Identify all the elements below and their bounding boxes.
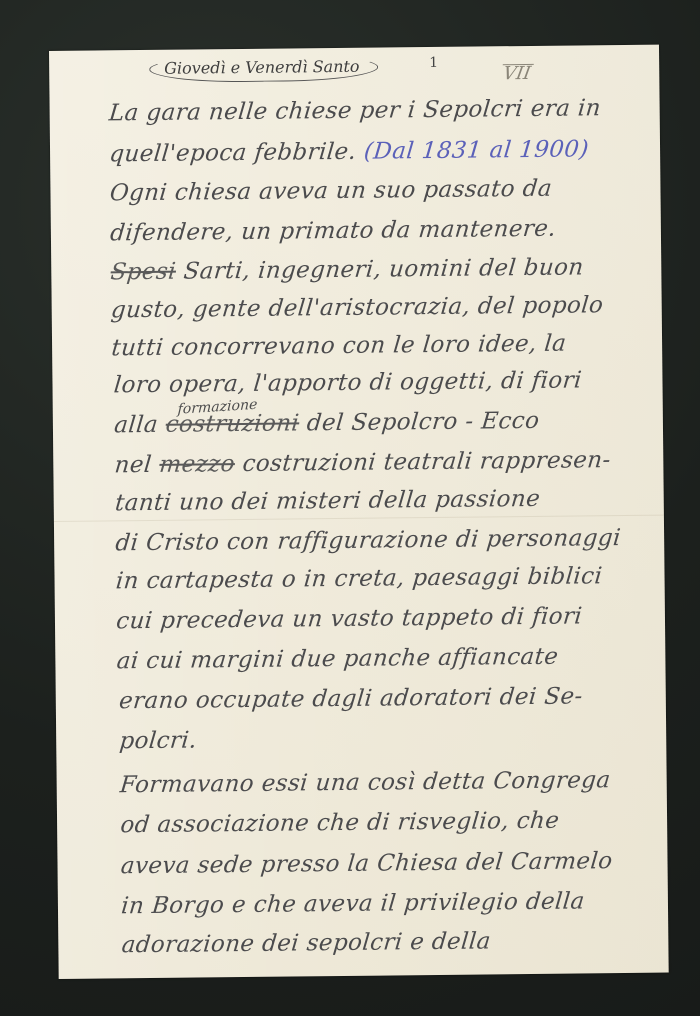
- line-text: quell'epoca febbrile.: [108, 139, 357, 168]
- struck-word: Spesi: [109, 259, 177, 286]
- manuscript-page: Giovedì e Venerdì Santo 1 VII La gara ne…: [49, 45, 669, 979]
- struck-word: costruzioni: [165, 410, 301, 437]
- line-text: loro opera, l'apporto di oggetti, di fio…: [113, 367, 583, 398]
- manuscript-line: loro opera, l'apporto di oggetti, di fio…: [113, 367, 583, 398]
- struck-word: mezzo: [158, 451, 236, 478]
- header-mark: 1: [429, 55, 438, 71]
- manuscript-line: Spesi Sarti, ingegneri, uomini del buon: [109, 254, 584, 285]
- line-text: ai cui margini due panche affiancate: [116, 644, 560, 675]
- line-text: in Borgo e che aveva il privilegio della: [120, 888, 586, 919]
- manuscript-line: gusto, gente dell'aristocrazia, del popo…: [110, 292, 605, 323]
- line-text: alla: [113, 412, 159, 438]
- manuscript-line: erano occupate dagli adoratori dei Se-: [118, 683, 584, 714]
- manuscript-line: aveva sede presso la Chiesa del Carmelo: [120, 848, 614, 879]
- line-text: Ogni chiesa aveva un suo passato da: [109, 176, 554, 207]
- manuscript-line: di Cristo con raffigurazione di personag…: [114, 525, 622, 556]
- line-text: erano occupate dagli adoratori dei Se-: [118, 683, 584, 714]
- manuscript-line: Ogni chiesa aveva un suo passato da: [109, 176, 554, 207]
- line-text: costruzioni teatrali rappresen-: [241, 447, 612, 477]
- line-text: di Cristo con raffigurazione di personag…: [114, 525, 622, 556]
- manuscript-line: tutti concorrevano con le loro idee, la: [110, 331, 567, 362]
- manuscript-line: nel mezzo costruzioni teatrali rappresen…: [113, 447, 611, 478]
- line-text: cui precedeva un vasto tappeto di fiori: [115, 603, 583, 634]
- line-text: polcri.: [118, 727, 198, 754]
- blue-annotation: (Dal 1831 al 1900): [363, 136, 590, 164]
- header-title: Giovedì e Venerdì Santo: [149, 54, 379, 83]
- manuscript-line: adorazione dei sepolcri e della: [121, 928, 492, 958]
- line-text: tanti uno dei misteri della passione: [114, 486, 542, 516]
- line-text: del Sepolcro - Ecco: [306, 408, 541, 436]
- manuscript-line: od associazione che di risveglio, che: [119, 808, 560, 839]
- line-text: gusto, gente dell'aristocrazia, del popo…: [110, 292, 605, 323]
- line-text: adorazione dei sepolcri e della: [121, 928, 492, 958]
- manuscript-line: in Borgo e che aveva il privilegio della: [120, 888, 586, 919]
- page-numeral: VII: [500, 64, 534, 83]
- manuscript-line: alla costruzioni del Sepolcro - Ecco: [113, 408, 541, 438]
- manuscript-line: polcri.: [118, 727, 198, 754]
- line-text: Sarti, ingegneri, uomini del buon: [182, 254, 584, 284]
- line-text: Formavano essi una così detta Congrega: [119, 767, 612, 798]
- line-text: nel: [113, 452, 152, 478]
- line-text: aveva sede presso la Chiesa del Carmelo: [120, 848, 614, 879]
- line-text: od associazione che di risveglio, che: [119, 808, 560, 839]
- manuscript-line: ai cui margini due panche affiancate: [116, 644, 560, 675]
- line-text: La gara nelle chiese per i Sepolcri era …: [108, 95, 602, 126]
- manuscript-line: difendere, un primato da mantenere.: [109, 216, 557, 247]
- line-text: in cartapesta o in creta, paesaggi bibli…: [115, 563, 604, 594]
- line-text: difendere, un primato da mantenere.: [109, 216, 557, 247]
- line-text: tutti concorrevano con le loro idee, la: [110, 331, 567, 362]
- manuscript-line: quell'epoca febbrile. (Dal 1831 al 1900): [108, 136, 590, 167]
- manuscript-line: tanti uno dei misteri della passione: [114, 486, 542, 516]
- manuscript-line: Formavano essi una così detta Congrega: [119, 767, 612, 798]
- manuscript-line: in cartapesta o in creta, paesaggi bibli…: [115, 563, 604, 594]
- manuscript-line: cui precedeva un vasto tappeto di fiori: [115, 603, 583, 634]
- manuscript-line: La gara nelle chiese per i Sepolcri era …: [108, 95, 602, 126]
